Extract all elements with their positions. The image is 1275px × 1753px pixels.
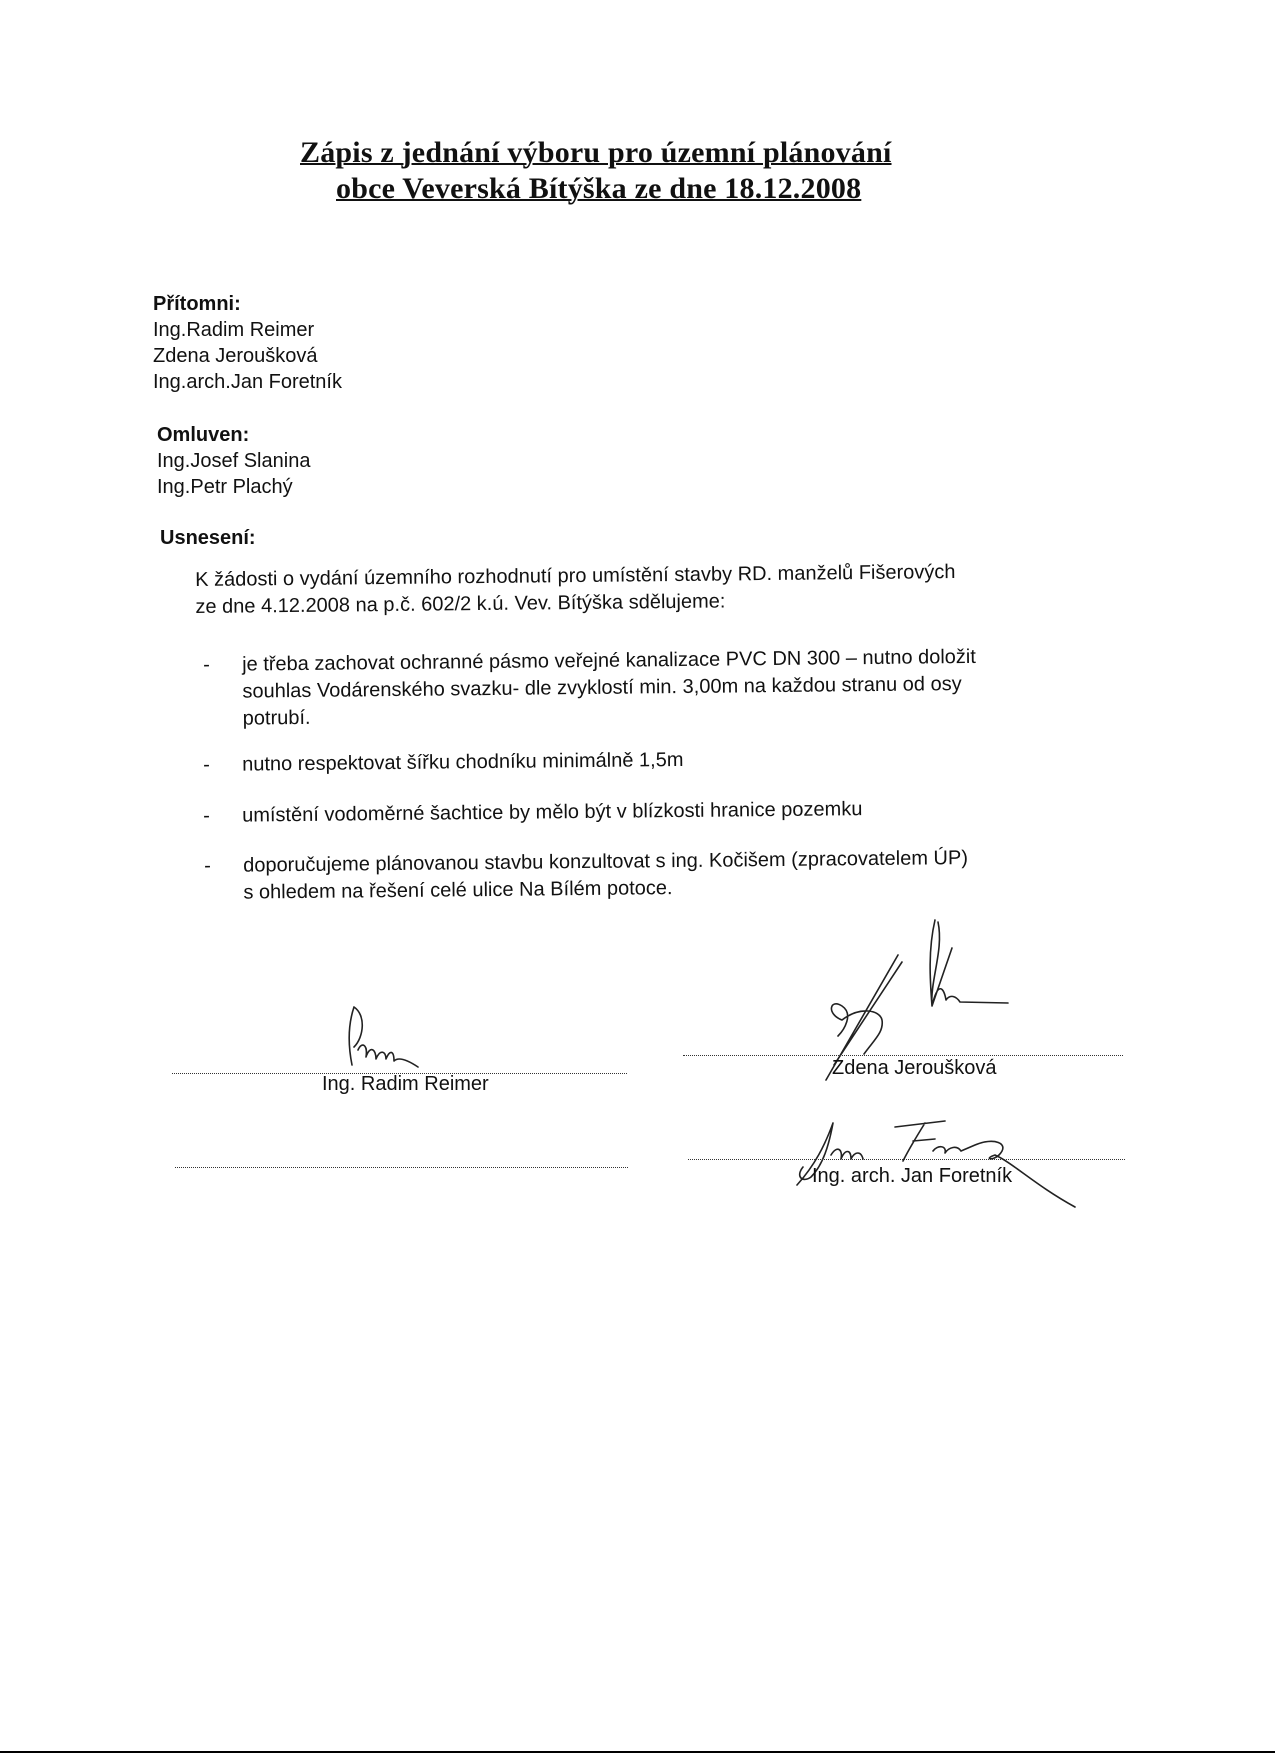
signatory-name: Ing. Radim Reimer: [322, 1073, 489, 1096]
document-title-line-1: Zápis z jednání výboru pro územní plánov…: [300, 136, 892, 170]
bullet-dash: -: [203, 803, 210, 830]
resolution-item-line: umístění vodoměrné šachtice by mělo být …: [242, 796, 863, 829]
excused-section: Omluven: Ing.Josef Slanina Ing.Petr Plac…: [157, 422, 310, 500]
present-heading: Přítomni:: [153, 291, 342, 317]
document-title-line-2: obce Veverská Bítýška ze dne 18.12.2008: [336, 172, 861, 206]
signature-line-empty: [175, 1167, 628, 1168]
signatory-name: Ing. arch. Jan Foretník: [812, 1165, 1012, 1188]
bullet-dash: -: [203, 652, 210, 679]
excused-member: Ing.Petr Plachý: [157, 474, 310, 500]
resolution-item-text: je třeba zachovat ochranné pásmo veřejné…: [242, 644, 977, 733]
excused-heading: Omluven:: [157, 422, 310, 448]
signature-line: [688, 1159, 1125, 1160]
present-member: Ing.arch.Jan Foretník: [153, 369, 342, 395]
present-section: Přítomni: Ing.Radim Reimer Zdena Jeroušk…: [153, 291, 342, 395]
signatory-name: Zdena Jeroušková: [832, 1057, 997, 1080]
signature-line: [683, 1055, 1123, 1056]
resolution-item-line: nutno respektovat šířku chodníku minimál…: [242, 747, 684, 779]
resolution-intro: K žádosti o vydání územního rozhodnutí p…: [195, 559, 956, 621]
present-member: Ing.Radim Reimer: [153, 317, 342, 343]
bullet-dash: -: [203, 752, 210, 779]
resolution-heading: Usnesení:: [160, 525, 256, 551]
resolution-item-text: umístění vodoměrné šachtice by mělo být …: [242, 796, 863, 829]
bullet-dash: -: [204, 853, 211, 880]
signature-foretnik: [785, 1115, 1095, 1210]
present-member: Zdena Jeroušková: [153, 343, 342, 369]
resolution-item-text: doporučujeme plánovanou stavbu konzultov…: [243, 845, 968, 907]
signature-reimer: [340, 1005, 480, 1075]
resolution-item-text: nutno respektovat šířku chodníku minimál…: [242, 747, 684, 779]
excused-member: Ing.Josef Slanina: [157, 448, 310, 474]
